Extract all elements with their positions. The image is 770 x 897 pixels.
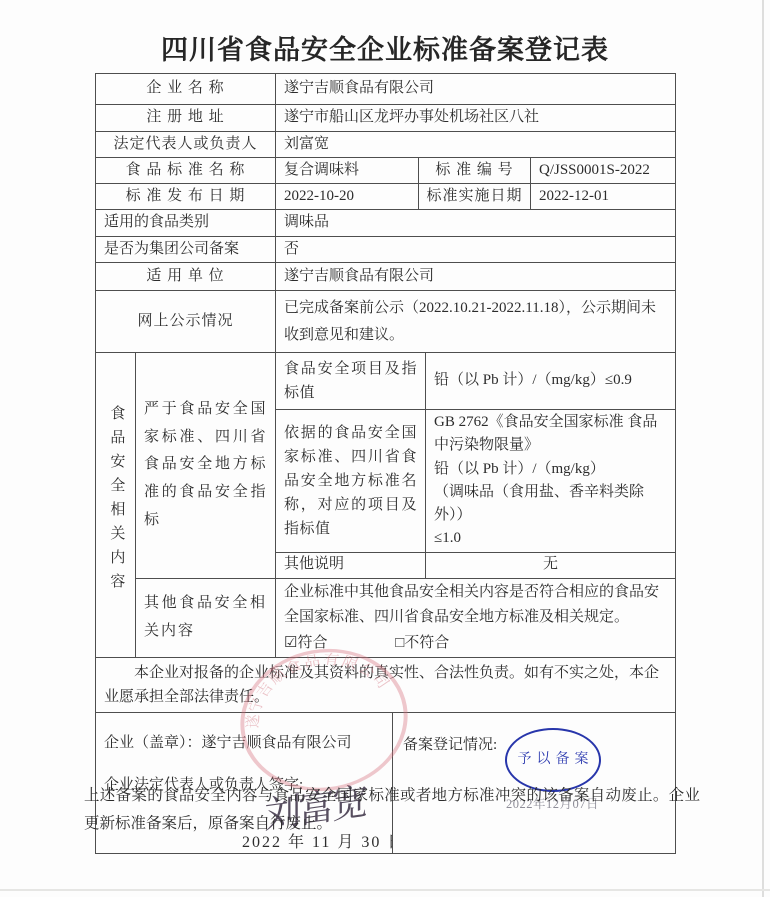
safety-side-label: 食品安全相关内容: [96, 353, 136, 658]
company-stamp-line: 企业（盖章）：遂宁吉顺食品有限公司: [104, 733, 352, 755]
table-row: 法定代表人或负责人 刘富宽: [96, 132, 676, 158]
group-filing-value: 否: [276, 237, 676, 263]
publish-date-value: 2022-10-20: [276, 184, 419, 210]
safety-item-value: 铅（以 Pb 计）/（mg/kg）≤0.9: [426, 353, 676, 410]
address-label: 注 册 地 址: [96, 105, 276, 132]
standard-no-label: 标 准 编 号: [419, 158, 531, 184]
other-content-label: 其他食品安全相关内容: [136, 578, 276, 658]
implement-date-label: 标准实施日期: [419, 184, 531, 210]
food-category-value: 调味品: [276, 210, 676, 237]
scanned-document-page: 四川省食品安全企业标准备案登记表 企 业 名 称 遂宁吉顺食品有限公司 注 册 …: [0, 0, 770, 897]
registration-form-table: 企 业 名 称 遂宁吉顺食品有限公司 注 册 地 址 遂宁市船山区龙坪办事处机场…: [95, 73, 675, 854]
basis-line: GB 2762《食品安全国家标准 食品中污染物限量》: [434, 411, 667, 458]
safety-item-label: 食品安全项目及指标值: [276, 353, 426, 410]
other-note-label: 其他说明: [276, 552, 426, 578]
checkbox-compliant-checked: ☑符合: [284, 635, 327, 651]
legal-rep-value: 刘富宽: [276, 132, 676, 158]
applicable-unit-value: 遂宁吉顺食品有限公司: [276, 263, 676, 291]
address-value: 遂宁市船山区龙坪办事处机场社区八社: [276, 105, 676, 132]
basic-info-table: 企 业 名 称 遂宁吉顺食品有限公司 注 册 地 址 遂宁市船山区龙坪办事处机场…: [95, 73, 676, 353]
checkbox-noncompliant-unchecked: □不符合: [395, 635, 449, 651]
food-category-label: 适用的食品类别: [96, 210, 276, 237]
publish-date-label: 标 准 发 布 日 期: [96, 184, 276, 210]
stricter-indicator-label: 严于食品安全国家标准、四川省食品安全地方标准的食品安全指标: [136, 353, 276, 579]
company-name-label: 企 业 名 称: [96, 74, 276, 105]
standard-name-label: 食 品 标 准 名 称: [96, 158, 276, 184]
document-title: 四川省食品安全企业标准备案登记表: [0, 28, 770, 67]
table-row: 网上公示情况 已完成备案前公示（2022.10.21-2022.11.18），公…: [96, 291, 676, 353]
compliance-checkboxes: ☑符合 □不符合: [284, 631, 667, 657]
table-row: 其他食品安全相关内容 企业标准中其他食品安全相关内容是否符合相应的食品安全国家标…: [96, 578, 676, 658]
basis-line: ≤1.0: [434, 527, 667, 550]
standard-name-value: 复合调味料: [276, 158, 419, 184]
basis-line: 铅（以 Pb 计）/（mg/kg）: [434, 458, 667, 481]
table-row: 注 册 地 址 遂宁市船山区龙坪办事处机场社区八社: [96, 105, 676, 132]
scan-edge-bottom: [0, 889, 770, 891]
table-row: 适 用 单 位 遂宁吉顺食品有限公司: [96, 263, 676, 291]
company-name-value: 遂宁吉顺食品有限公司: [276, 74, 676, 105]
standard-no-value: Q/JSS0001S-2022: [531, 158, 676, 184]
table-row: 食 品 标 准 名 称 复合调味料 标 准 编 号 Q/JSS0001S-202…: [96, 158, 676, 184]
publicity-label: 网上公示情况: [96, 291, 276, 353]
applicable-unit-label: 适 用 单 位: [96, 263, 276, 291]
table-row: 本企业对报备的企业标准及其资料的真实性、合法性负责。如有不实之处，本企业愿承担全…: [96, 658, 676, 713]
safety-basis-label: 依据的食品安全国家标准、四川省食品安全地方标准名称，对应的项目及指标值: [276, 410, 426, 553]
safety-basis-value: GB 2762《食品安全国家标准 食品中污染物限量》 铅（以 Pb 计）/（mg…: [426, 410, 676, 553]
other-content-value: 企业标准中其他食品安全相关内容是否符合相应的食品安全国家标准、四川省食品安全地方…: [276, 578, 676, 658]
implement-date-value: 2022-12-01: [531, 184, 676, 210]
food-safety-table: 食品安全相关内容 严于食品安全国家标准、四川省食品安全地方标准的食品安全指标 食…: [95, 352, 676, 658]
other-content-text: 企业标准中其他食品安全相关内容是否符合相应的食品安全国家标准、四川省食品安全地方…: [284, 580, 667, 631]
table-row: 是否为集团公司备案 否: [96, 237, 676, 263]
basis-line: （调味品（食用盐、香辛料类除外））: [434, 481, 667, 528]
registration-status-label: 备案登记情况:: [403, 735, 497, 757]
table-row: 企 业 名 称 遂宁吉顺食品有限公司: [96, 74, 676, 105]
table-row: 适用的食品类别 调味品: [96, 210, 676, 237]
table-row: 食品安全相关内容 严于食品安全国家标准、四川省食品安全地方标准的食品安全指标 食…: [96, 353, 676, 410]
other-note-value: 无: [426, 552, 676, 578]
safety-side-label-text: 食品安全相关内容: [105, 405, 127, 597]
footer-note: 上述备案的食品安全内容与食品安全国家标准或者地方标准冲突的该备案自动废止。企业更…: [84, 782, 700, 837]
approval-stamp-text: 予以备案: [513, 750, 594, 770]
scan-edge-right: [762, 0, 764, 897]
table-row: 标 准 发 布 日 期 2022-10-20 标准实施日期 2022-12-01: [96, 184, 676, 210]
group-filing-label: 是否为集团公司备案: [96, 237, 276, 263]
declaration-text: 本企业对报备的企业标准及其资料的真实性、合法性负责。如有不实之处，本企业愿承担全…: [96, 658, 676, 713]
legal-rep-label: 法定代表人或负责人: [96, 132, 276, 158]
publicity-value: 已完成备案前公示（2022.10.21-2022.11.18），公示期间未收到意…: [276, 291, 676, 353]
